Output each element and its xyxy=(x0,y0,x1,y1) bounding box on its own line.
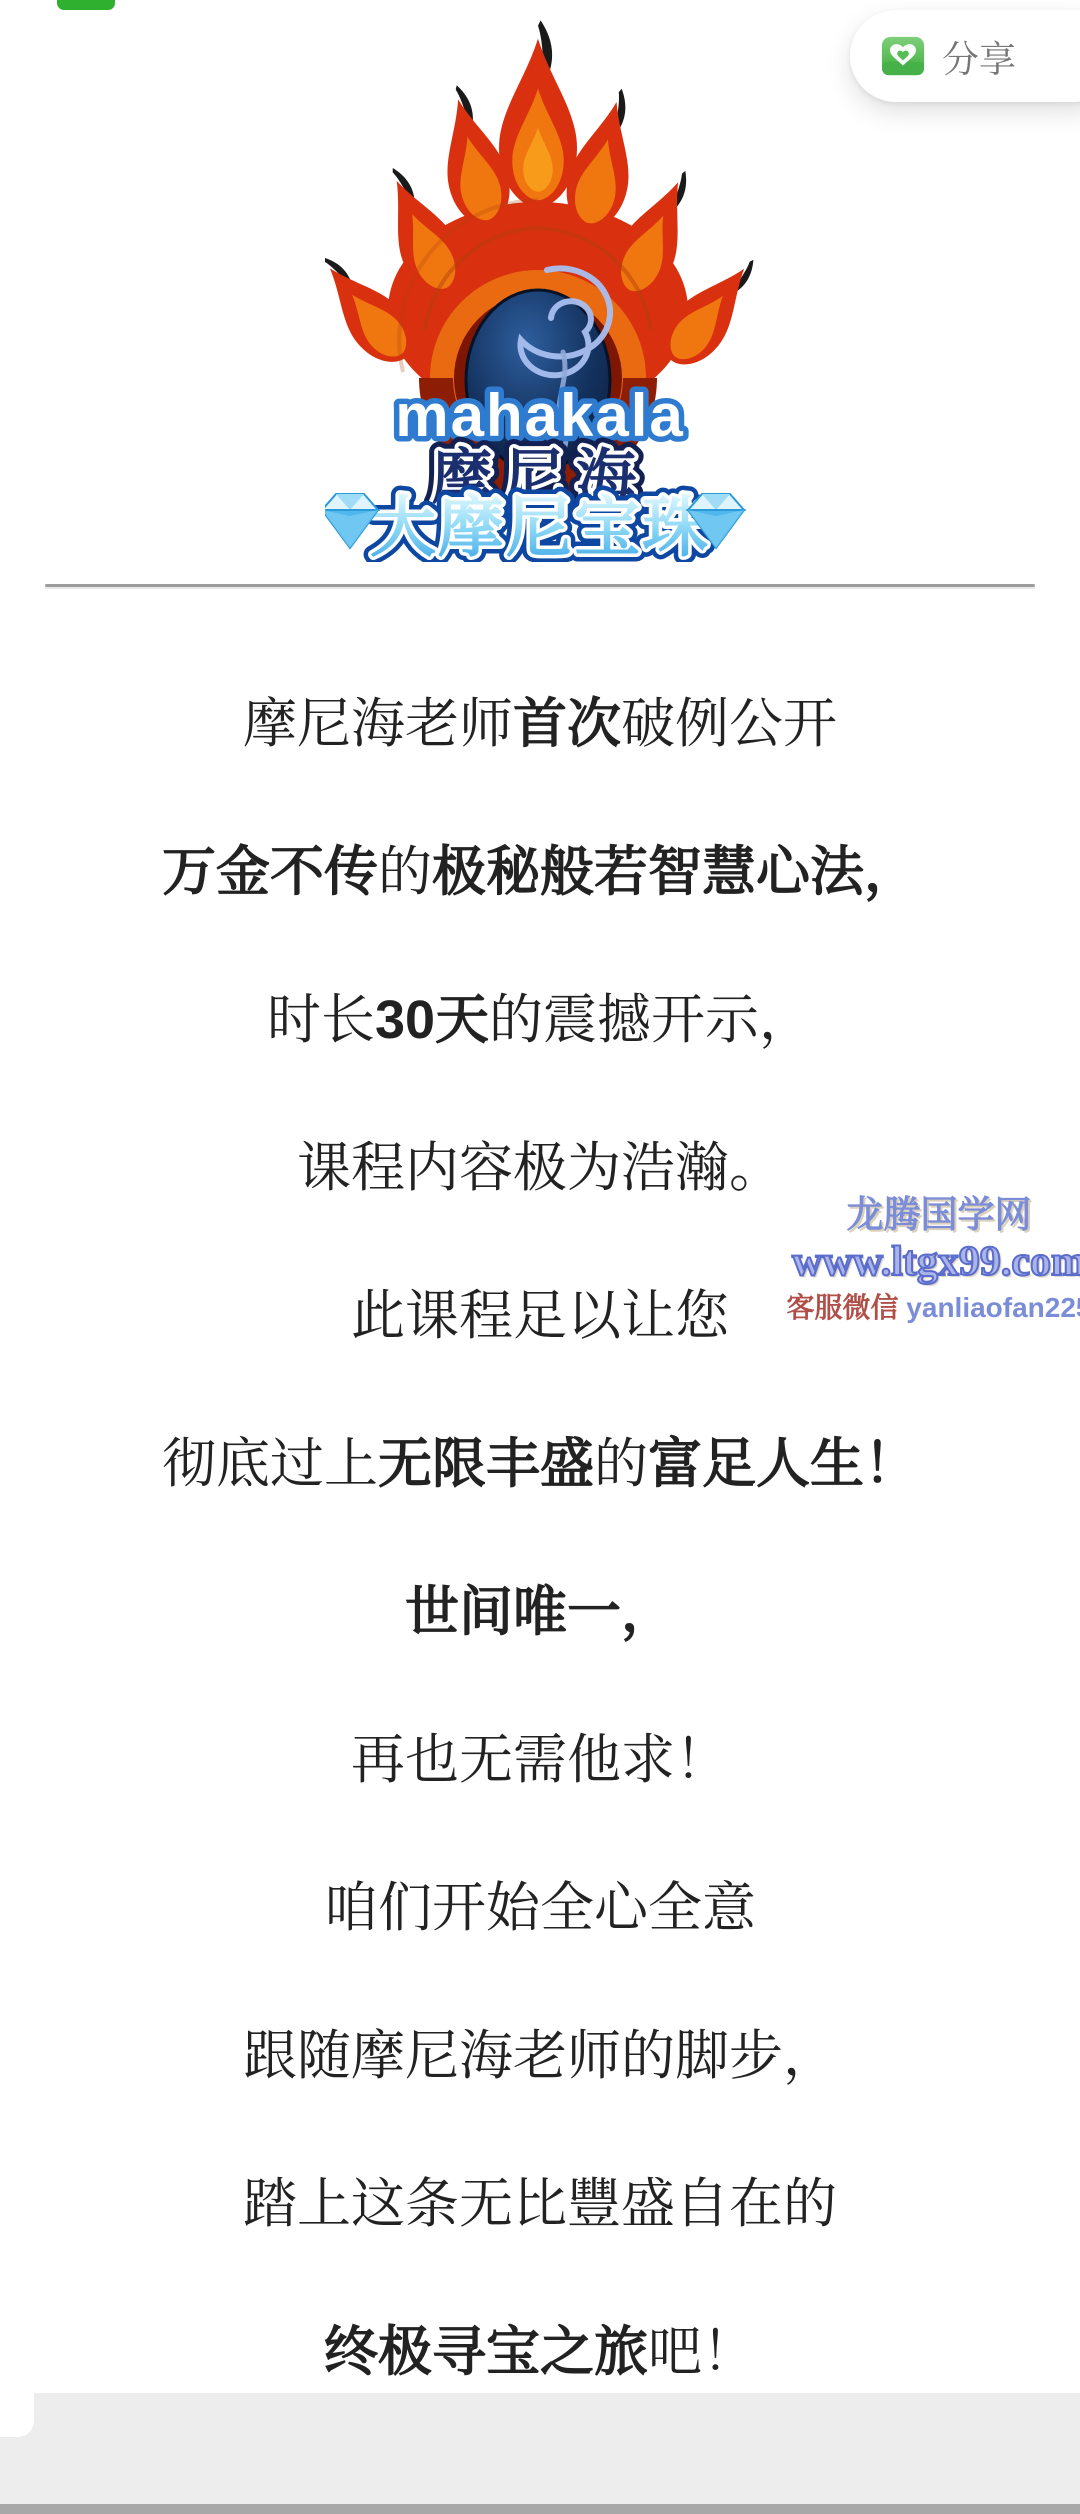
paragraph-bold-segment: 首次 xyxy=(513,694,621,754)
green-badge-icon xyxy=(57,0,115,10)
paragraph-segment: 时长 xyxy=(267,990,375,1050)
paragraph-line: 咱们开始全心全意 xyxy=(0,1876,1080,1940)
article-paragraphs: 摩尼海老师首次破例公开万金不传的极秘般若智慧心法，时长30天的震撼开示，课程内容… xyxy=(0,692,1080,2468)
paragraph-segment: 破例公开 xyxy=(621,694,837,754)
paragraph-bold-segment: 世间唯一， xyxy=(405,1582,675,1642)
paragraph-segment: 的震撼开示， xyxy=(489,990,813,1050)
logo-latin: mahakala xyxy=(395,382,685,449)
divider xyxy=(45,584,1035,587)
paragraph-line: 世间唯一， xyxy=(0,1580,1080,1644)
paragraph-line: 万金不传的极秘般若智慧心法， xyxy=(0,840,1080,904)
paragraph-segment: 踏上这条无比豐盛自在的 xyxy=(243,2174,837,2234)
paragraph-segment: 跟随摩尼海老师的脚步， xyxy=(243,2026,837,2086)
footer-area xyxy=(0,2393,1080,2514)
paragraph-segment: 此课程足以让您 xyxy=(351,1286,729,1346)
logo: mahakala 摩尼海 摩尼海 大摩尼宝珠 大摩尼宝珠 xyxy=(325,0,755,562)
paragraph-bold-segment: 终极寻宝之旅 xyxy=(324,2322,648,2382)
paragraph-line: 彻底过上无限丰盛的富足人生！ xyxy=(0,1432,1080,1496)
paragraph-line: 时长30天的震撼开示， xyxy=(0,988,1080,1052)
paragraph-segment: 吧！ xyxy=(648,2322,756,2382)
footer-white-tab xyxy=(0,2393,34,2437)
share-label: 分享 xyxy=(942,29,1016,83)
paragraph-segment: 彻底过上 xyxy=(162,1434,378,1494)
paragraph-bold-segment: 30天 xyxy=(375,990,489,1050)
paragraph-line: 踏上这条无比豐盛自在的 xyxy=(0,2172,1080,2236)
paragraph-line: 课程内容极为浩瀚。 xyxy=(0,1136,1080,1200)
paragraph-bold-segment: 无限丰盛 xyxy=(378,1434,594,1494)
bottom-bar xyxy=(0,2504,1080,2514)
share-button[interactable]: 分享 xyxy=(850,10,1080,102)
paragraph-line: 此课程足以让您 xyxy=(0,1284,1080,1348)
paragraph-segment: 课程内容极为浩瀚。 xyxy=(297,1138,783,1198)
paragraph-line: 终极寻宝之旅吧！ xyxy=(0,2320,1080,2384)
paragraph-bold-segment: 万金不传 xyxy=(162,842,378,902)
paragraph-segment: 摩尼海老师 xyxy=(243,694,513,754)
paragraph-segment: 再也无需他求！ xyxy=(351,1730,729,1790)
paragraph-line: 跟随摩尼海老师的脚步， xyxy=(0,2024,1080,2088)
paragraph-segment: 咱们开始全心全意 xyxy=(324,1878,756,1938)
paragraph-segment: 的 xyxy=(594,1434,648,1494)
paragraph-line: 摩尼海老师首次破例公开 xyxy=(0,692,1080,756)
paragraph-segment: 的 xyxy=(378,842,432,902)
heart-box-icon xyxy=(880,33,926,79)
paragraph-bold-segment: 富足人生！ xyxy=(648,1434,918,1494)
paragraph-line: 再也无需他求！ xyxy=(0,1728,1080,1792)
logo-subtitle-cn: 大摩尼宝珠 xyxy=(370,490,710,562)
paragraph-bold-segment: 极秘般若智慧心法， xyxy=(432,842,918,902)
